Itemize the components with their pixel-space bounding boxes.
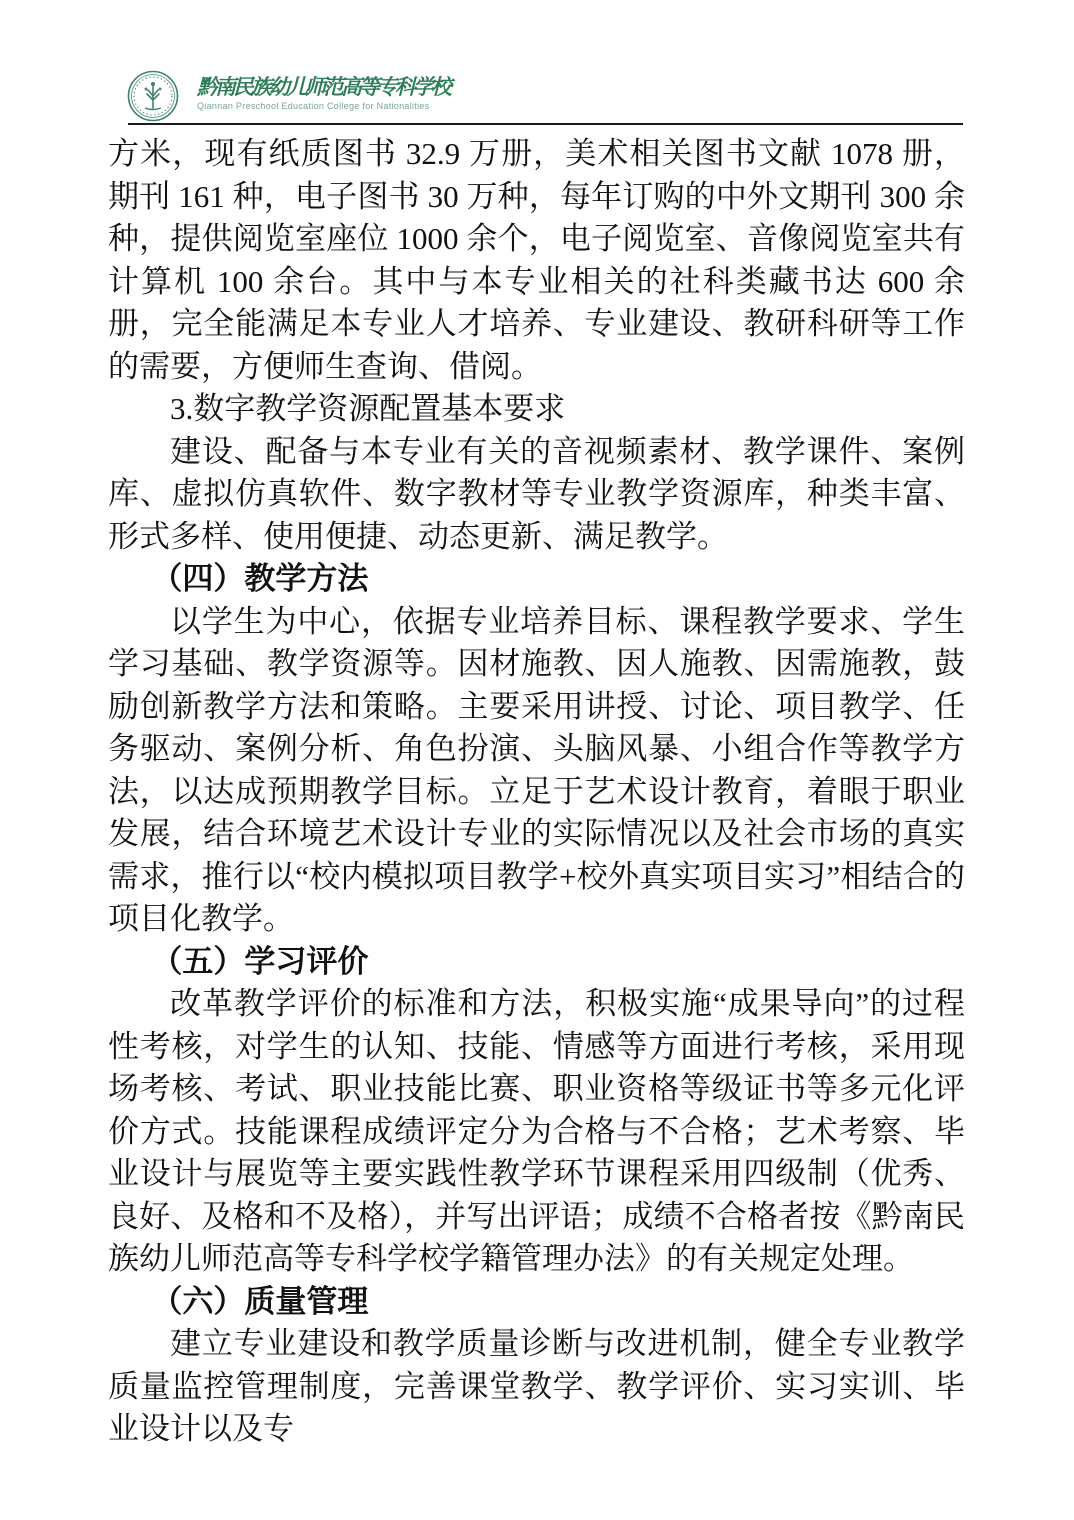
school-name-chinese: 黔南民族幼儿师范高等专科学校 bbox=[197, 75, 449, 99]
header-divider-line bbox=[128, 123, 963, 125]
school-seal-icon bbox=[127, 70, 179, 122]
paragraph: 方米，现有纸质图书 32.9 万册，美术相关图书文献 1078 册，期刊 161… bbox=[108, 133, 965, 388]
section-heading: （四）教学方法 bbox=[108, 558, 965, 601]
paragraph: 建立专业建设和教学质量诊断与改进机制，健全专业教学质量监控管理制度，完善课堂教学… bbox=[108, 1323, 965, 1451]
school-brand: 黔南民族幼儿师范高等专科学校 Qiannan Preschool Educati… bbox=[197, 70, 449, 111]
section-heading: （五）学习评价 bbox=[108, 941, 965, 984]
document-page: 黔南民族幼儿师范高等专科学校 Qiannan Preschool Educati… bbox=[0, 0, 1074, 1520]
paragraph: 改革教学评价的标准和方法，积极实施“成果导向”的过程性考核，对学生的认知、技能、… bbox=[108, 983, 965, 1281]
section-heading: （六）质量管理 bbox=[108, 1281, 965, 1324]
numbered-subheading: 3.数字教学资源配置基本要求 bbox=[108, 388, 965, 431]
paragraph: 建设、配备与本专业有关的音视频素材、教学课件、案例库、虚拟仿真软件、数字教材等专… bbox=[108, 431, 965, 559]
document-text-body: 方米，现有纸质图书 32.9 万册，美术相关图书文献 1078 册，期刊 161… bbox=[108, 133, 965, 1451]
paragraph: 以学生为中心，依据专业培养目标、课程教学要求、学生学习基础、教学资源等。因材施教… bbox=[108, 601, 965, 941]
school-name-english: Qiannan Preschool Education College for … bbox=[197, 101, 449, 111]
letterhead: 黔南民族幼儿师范高等专科学校 Qiannan Preschool Educati… bbox=[127, 70, 449, 122]
